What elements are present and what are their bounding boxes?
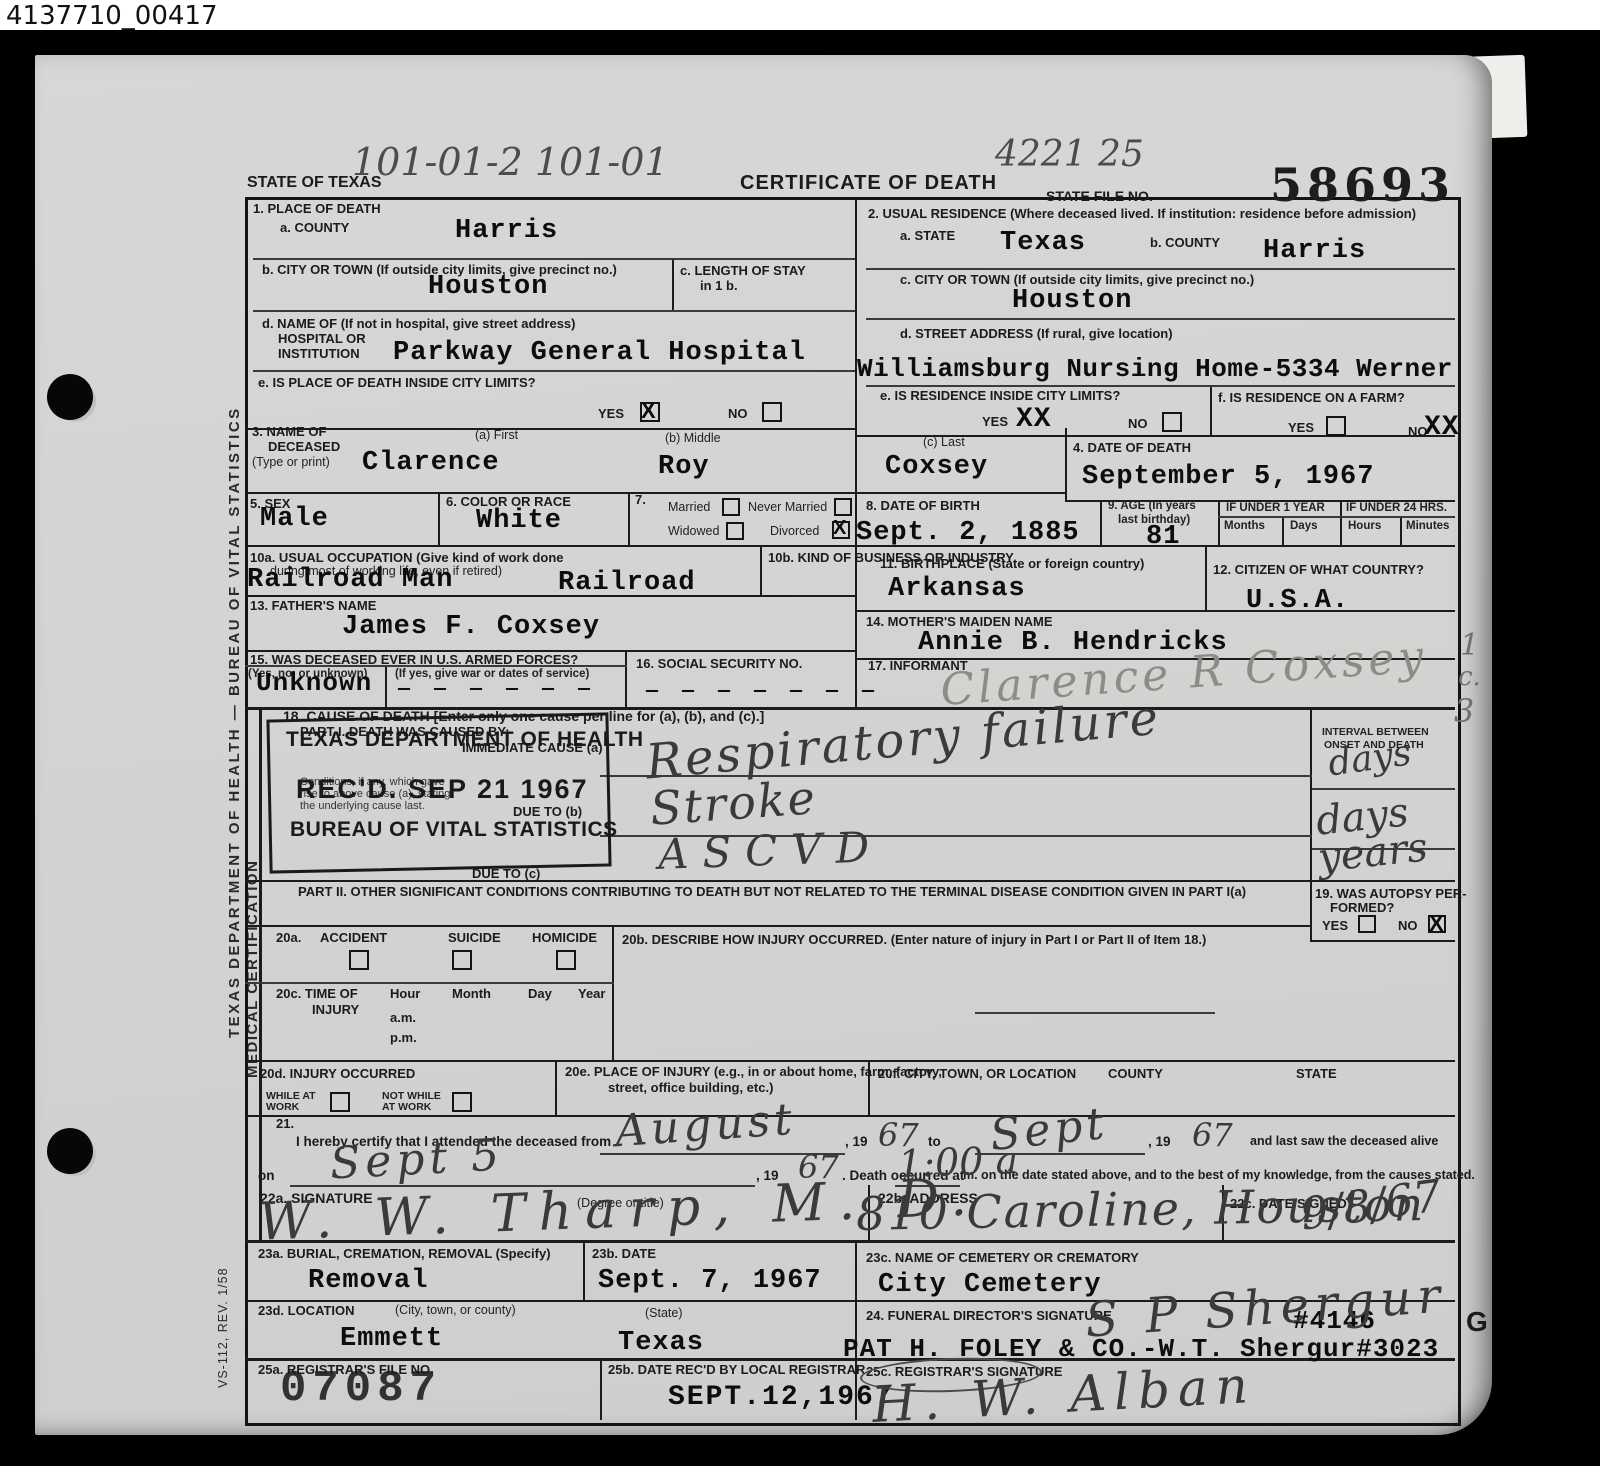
stamp-line-3: BUREAU OF VITAL STATISTICS bbox=[290, 818, 618, 842]
under-24-hrs-label: IF UNDER 24 HRS. bbox=[1346, 502, 1447, 514]
residence-city-value: Houston bbox=[1012, 286, 1132, 316]
days-label: Days bbox=[1290, 520, 1318, 532]
pm-label: p.m. bbox=[390, 1030, 417, 1045]
widowed-checkbox bbox=[726, 522, 744, 540]
state-file-no-label: STATE FILE NO. bbox=[1046, 188, 1153, 204]
rule bbox=[866, 385, 1455, 387]
rule bbox=[1312, 788, 1455, 790]
pod-city-value: Houston bbox=[428, 272, 548, 302]
residence-street-value: Williamsburg Nursing Home-5334 Werner bbox=[857, 354, 1453, 384]
rule bbox=[245, 595, 857, 597]
never-married-checkbox bbox=[834, 498, 852, 516]
year-prefix-1: , 19 bbox=[845, 1134, 868, 1149]
divider bbox=[760, 545, 762, 595]
suicide-checkbox bbox=[452, 950, 472, 970]
divider bbox=[438, 492, 440, 545]
month-label: Month bbox=[452, 986, 491, 1001]
rule bbox=[245, 982, 614, 984]
residence-no-checkbox bbox=[1162, 412, 1182, 432]
citizen-value: U.S.A. bbox=[1246, 586, 1349, 616]
pod-hospital-value: Parkway General Hospital bbox=[393, 338, 806, 368]
armed-forces-dashes: — — — — — — bbox=[398, 678, 596, 701]
corner-letter: G bbox=[1466, 1306, 1488, 1338]
divider bbox=[1210, 385, 1212, 435]
homicide-label: HOMICIDE bbox=[532, 930, 597, 945]
hour-label: Hour bbox=[390, 986, 420, 1001]
residence-county-value: Harris bbox=[1263, 236, 1366, 266]
rule bbox=[855, 610, 1455, 612]
date-of-death-value: September 5, 1967 bbox=[1082, 462, 1374, 492]
dob-label: 8. DATE OF BIRTH bbox=[866, 498, 980, 513]
ssn-label: 16. SOCIAL SECURITY NO. bbox=[636, 656, 802, 671]
margin-note-3: 3 bbox=[1454, 692, 1474, 730]
location-city-value: Emmett bbox=[340, 1324, 443, 1354]
cemetery-value: City Cemetery bbox=[878, 1270, 1102, 1300]
rule bbox=[866, 318, 1455, 320]
occupation-value: Railroad Man bbox=[247, 565, 453, 595]
funeral-director-label: 24. FUNERAL DIRECTOR'S SIGNATURE bbox=[866, 1308, 1112, 1323]
handwritten-district-codes: 101-01-2 101-01 bbox=[352, 140, 669, 184]
accident-checkbox bbox=[349, 950, 369, 970]
injury-state-label: STATE bbox=[1296, 1066, 1337, 1081]
handwritten-codes: 4221 25 bbox=[995, 134, 1144, 175]
homicide-checkbox bbox=[556, 950, 576, 970]
injury-20b-label: 20b. DESCRIBE HOW INJURY OCCURRED. (Ente… bbox=[622, 932, 1206, 947]
autopsy-yes-label: YES bbox=[1322, 918, 1348, 933]
injury-county-label: COUNTY bbox=[1108, 1066, 1163, 1081]
year-prefix-2: , 19 bbox=[1148, 1134, 1171, 1149]
divider bbox=[1065, 428, 1067, 500]
rule bbox=[245, 428, 857, 430]
dob-value: Sept. 2, 1885 bbox=[856, 518, 1080, 548]
rule bbox=[866, 268, 1455, 270]
hours-label: Hours bbox=[1348, 520, 1381, 532]
divider bbox=[672, 258, 674, 310]
injury-20c-label-2: INJURY bbox=[312, 1002, 359, 1017]
name-label-2: DECEASED bbox=[268, 439, 340, 454]
minutes-label: Minutes bbox=[1406, 520, 1449, 532]
scan-header-bar: 4137710_00417 bbox=[0, 0, 1600, 30]
residence-city-label: c. CITY OR TOWN (If outside city limits,… bbox=[900, 272, 1254, 287]
under-1-year-label: IF UNDER 1 YEAR bbox=[1226, 502, 1325, 514]
margin-note-2: c. bbox=[1458, 662, 1481, 692]
rule bbox=[1310, 940, 1455, 942]
residence-yes-label: YES bbox=[982, 414, 1008, 429]
am-label: a.m. bbox=[390, 1010, 416, 1025]
ssn-dashes: — — — — — — — bbox=[646, 680, 880, 703]
location-state-value: Texas bbox=[618, 1328, 704, 1358]
pod-no-checkbox bbox=[762, 402, 782, 422]
state-sub-label: (State) bbox=[645, 1306, 683, 1320]
divider bbox=[1340, 500, 1342, 545]
rule bbox=[1218, 516, 1455, 518]
burial-date-value: Sept. 7, 1967 bbox=[598, 1266, 822, 1296]
not-while-label-2: AT WORK bbox=[382, 1101, 431, 1113]
pod-county-value: Harris bbox=[455, 216, 558, 246]
pod-county-label: a. COUNTY bbox=[280, 220, 349, 235]
injury-20a-label: 20a. bbox=[276, 930, 301, 945]
never-married-label: Never Married bbox=[748, 500, 827, 514]
autopsy-no-label: NO bbox=[1398, 918, 1418, 933]
divider bbox=[625, 650, 627, 707]
rule bbox=[245, 545, 1455, 547]
rule bbox=[245, 1115, 1455, 1117]
age-value: 81 bbox=[1146, 522, 1180, 552]
medical-section-border bbox=[259, 707, 262, 1240]
length-of-stay-label: c. LENGTH OF STAY bbox=[680, 263, 806, 278]
divorced-label: Divorced bbox=[770, 524, 819, 538]
rule bbox=[245, 492, 1067, 494]
certificate-title: CERTIFICATE OF DEATH bbox=[740, 172, 997, 195]
residence-county-label: b. COUNTY bbox=[1150, 235, 1220, 250]
residence-inside-city-xx: XX bbox=[1016, 404, 1052, 435]
race-value: White bbox=[476, 506, 562, 536]
residence-farm-label: f. IS RESIDENCE ON A FARM? bbox=[1218, 390, 1405, 405]
married-checkbox bbox=[722, 498, 740, 516]
margin-note-1: 1 bbox=[1460, 628, 1479, 663]
left-margin-agency-text: TEXAS DEPARTMENT OF HEALTH — BUREAU OF V… bbox=[226, 406, 243, 1038]
sex-value: Male bbox=[260, 504, 329, 534]
middle-name-label: (b) Middle bbox=[665, 431, 721, 445]
autopsy-label-2: FORMED? bbox=[1330, 900, 1394, 915]
stamp-line-1: TEXAS DEPARTMENT OF HEALTH bbox=[286, 728, 644, 752]
registrar-date-label: 25b. DATE REC'D BY LOCAL REGISTRAR bbox=[608, 1362, 865, 1377]
divider bbox=[1100, 500, 1102, 545]
state-file-number: 58693 bbox=[1270, 158, 1455, 212]
armed-forces-label: 15. WAS DECEASED EVER IN U.S. ARMED FORC… bbox=[250, 652, 578, 667]
punch-hole-top bbox=[47, 374, 93, 420]
residence-street-label: d. STREET ADDRESS (If rural, give locati… bbox=[900, 326, 1173, 341]
certify-on-label: on bbox=[258, 1168, 275, 1183]
injury-20d-label: 20d. INJURY OCCURRED bbox=[260, 1066, 415, 1081]
farm-no-xx: XX bbox=[1424, 412, 1460, 443]
autopsy-yes-checkbox bbox=[1358, 915, 1376, 933]
residence-state-value: Texas bbox=[1000, 228, 1086, 258]
name-label-3: (Type or print) bbox=[252, 455, 330, 469]
scan-file-id: 4137710_00417 bbox=[6, 1, 218, 31]
pod-yes-label: YES bbox=[598, 406, 624, 421]
rule bbox=[245, 1060, 1455, 1062]
rule bbox=[245, 880, 1455, 882]
divider bbox=[1218, 500, 1220, 545]
pod-no-label: NO bbox=[728, 406, 748, 421]
rule bbox=[253, 310, 855, 312]
marital-item-label: 7. bbox=[635, 492, 646, 507]
divider bbox=[612, 925, 614, 1060]
residence-state-label: a. STATE bbox=[900, 228, 955, 243]
burial-value: Removal bbox=[308, 1266, 428, 1296]
rule bbox=[245, 925, 1312, 927]
punch-hole-bottom bbox=[47, 1128, 93, 1174]
father-value: James F. Coxsey bbox=[342, 612, 600, 642]
rule bbox=[253, 258, 855, 260]
cemetery-label: 23c. NAME OF CEMETERY OR CREMATORY bbox=[866, 1250, 1139, 1265]
mother-label: 14. MOTHER'S MAIDEN NAME bbox=[866, 614, 1053, 629]
divider bbox=[600, 1358, 602, 1420]
months-label: Months bbox=[1224, 520, 1265, 532]
autopsy-label-1: 19. WAS AUTOPSY PER- bbox=[1315, 886, 1466, 901]
divider bbox=[1205, 545, 1207, 610]
suicide-label: SUICIDE bbox=[448, 930, 501, 945]
first-name-value: Clarence bbox=[362, 448, 500, 478]
part2-label: PART II. OTHER SIGNIFICANT CONDITIONS CO… bbox=[298, 884, 1246, 899]
divorced-check-mark: X bbox=[833, 517, 846, 540]
autopsy-no-check-mark: X bbox=[1429, 911, 1444, 937]
last-seen-date-value: Sept 5 bbox=[329, 1129, 505, 1189]
divider bbox=[1400, 516, 1402, 545]
place-of-death-section-label: 1. PLACE OF DEATH bbox=[253, 201, 381, 216]
divider bbox=[1310, 707, 1312, 940]
form-code-vertical: VS-112, REV. 1/58 bbox=[216, 1267, 230, 1388]
date-of-death-label: 4. DATE OF DEATH bbox=[1073, 440, 1191, 455]
armed-forces-answer: Unknown bbox=[256, 668, 372, 698]
pod-yes-check-mark: X bbox=[641, 398, 656, 424]
married-label: Married bbox=[668, 500, 710, 514]
year-label: Year bbox=[578, 986, 605, 1001]
stamp-line-2: REC'D. SEP 21 1967 bbox=[296, 774, 589, 805]
first-name-label: (a) First bbox=[475, 428, 518, 442]
farm-yes-checkbox bbox=[1326, 416, 1346, 436]
cause-c-value: ASCVD bbox=[657, 822, 884, 879]
injury-20f-label: 20f. CITY, TOWN, OR LOCATION bbox=[878, 1066, 1076, 1081]
father-label: 13. FATHER'S NAME bbox=[250, 598, 376, 613]
industry-value: Railroad bbox=[558, 568, 696, 598]
injury-20e-label-2: street, office building, etc.) bbox=[608, 1080, 773, 1095]
age-label-1: 9. AGE (In years bbox=[1108, 500, 1196, 512]
while-at-work-label-2: WORK bbox=[266, 1101, 299, 1113]
divider bbox=[583, 1240, 585, 1300]
last-name-value: Coxsey bbox=[885, 452, 988, 482]
scanned-death-certificate: 4137710_00417 TEXAS DEPARTMENT OF HEALTH… bbox=[0, 0, 1600, 1466]
certify-text-2: and last saw the deceased alive bbox=[1250, 1134, 1438, 1148]
registrar-date-value: SEPT.12,1967 bbox=[668, 1382, 894, 1413]
residence-no-label: NO bbox=[1128, 416, 1148, 431]
burial-date-label: 23b. DATE bbox=[592, 1246, 656, 1261]
birthplace-label: 11. BIRTHPLACE (State or foreign country… bbox=[880, 556, 1144, 571]
citizen-label: 12. CITIZEN OF WHAT COUNTRY? bbox=[1213, 562, 1424, 577]
pod-hospital-label-2: HOSPITAL OR bbox=[278, 331, 366, 346]
middle-name-value: Roy bbox=[658, 452, 710, 482]
accident-label: ACCIDENT bbox=[320, 930, 387, 945]
name-label-1: 3. NAME OF bbox=[252, 424, 326, 439]
certify-item-label: 21. bbox=[276, 1116, 294, 1131]
last-name-label: (c) Last bbox=[923, 435, 965, 449]
divider bbox=[855, 197, 857, 707]
rule bbox=[975, 1012, 1215, 1014]
registrar-file-no: 07087 bbox=[280, 1364, 442, 1414]
widowed-label: Widowed bbox=[668, 524, 719, 538]
not-while-checkbox bbox=[452, 1092, 472, 1112]
location-label: 23d. LOCATION bbox=[258, 1303, 355, 1318]
divider bbox=[385, 665, 387, 707]
injury-20c-label-1: 20c. TIME OF bbox=[276, 986, 358, 1001]
director-id: Shergur#3023 bbox=[1240, 1334, 1439, 1364]
while-at-work-checkbox bbox=[330, 1092, 350, 1112]
farm-yes-label: YES bbox=[1288, 420, 1314, 435]
pod-hospital-label-1: d. NAME OF (If not in hospital, give str… bbox=[262, 316, 575, 331]
location-sub-label: (City, town, or county) bbox=[395, 1303, 516, 1317]
residence-inside-city-label: e. IS RESIDENCE INSIDE CITY LIMITS? bbox=[880, 388, 1120, 403]
divider bbox=[555, 1060, 557, 1115]
rule bbox=[253, 370, 855, 372]
divider bbox=[1282, 516, 1284, 545]
divider bbox=[628, 492, 630, 545]
length-of-stay-sub: in 1 b. bbox=[700, 278, 738, 293]
pod-hospital-label-3: INSTITUTION bbox=[278, 346, 360, 361]
day-label: Day bbox=[528, 986, 552, 1001]
occupation-label-1: 10a. USUAL OCCUPATION (Give kind of work… bbox=[250, 550, 564, 565]
to-year-value: 67 bbox=[1192, 1116, 1233, 1154]
pod-inside-city-label: e. IS PLACE OF DEATH INSIDE CITY LIMITS? bbox=[258, 375, 536, 390]
birthplace-value: Arkansas bbox=[888, 574, 1026, 604]
